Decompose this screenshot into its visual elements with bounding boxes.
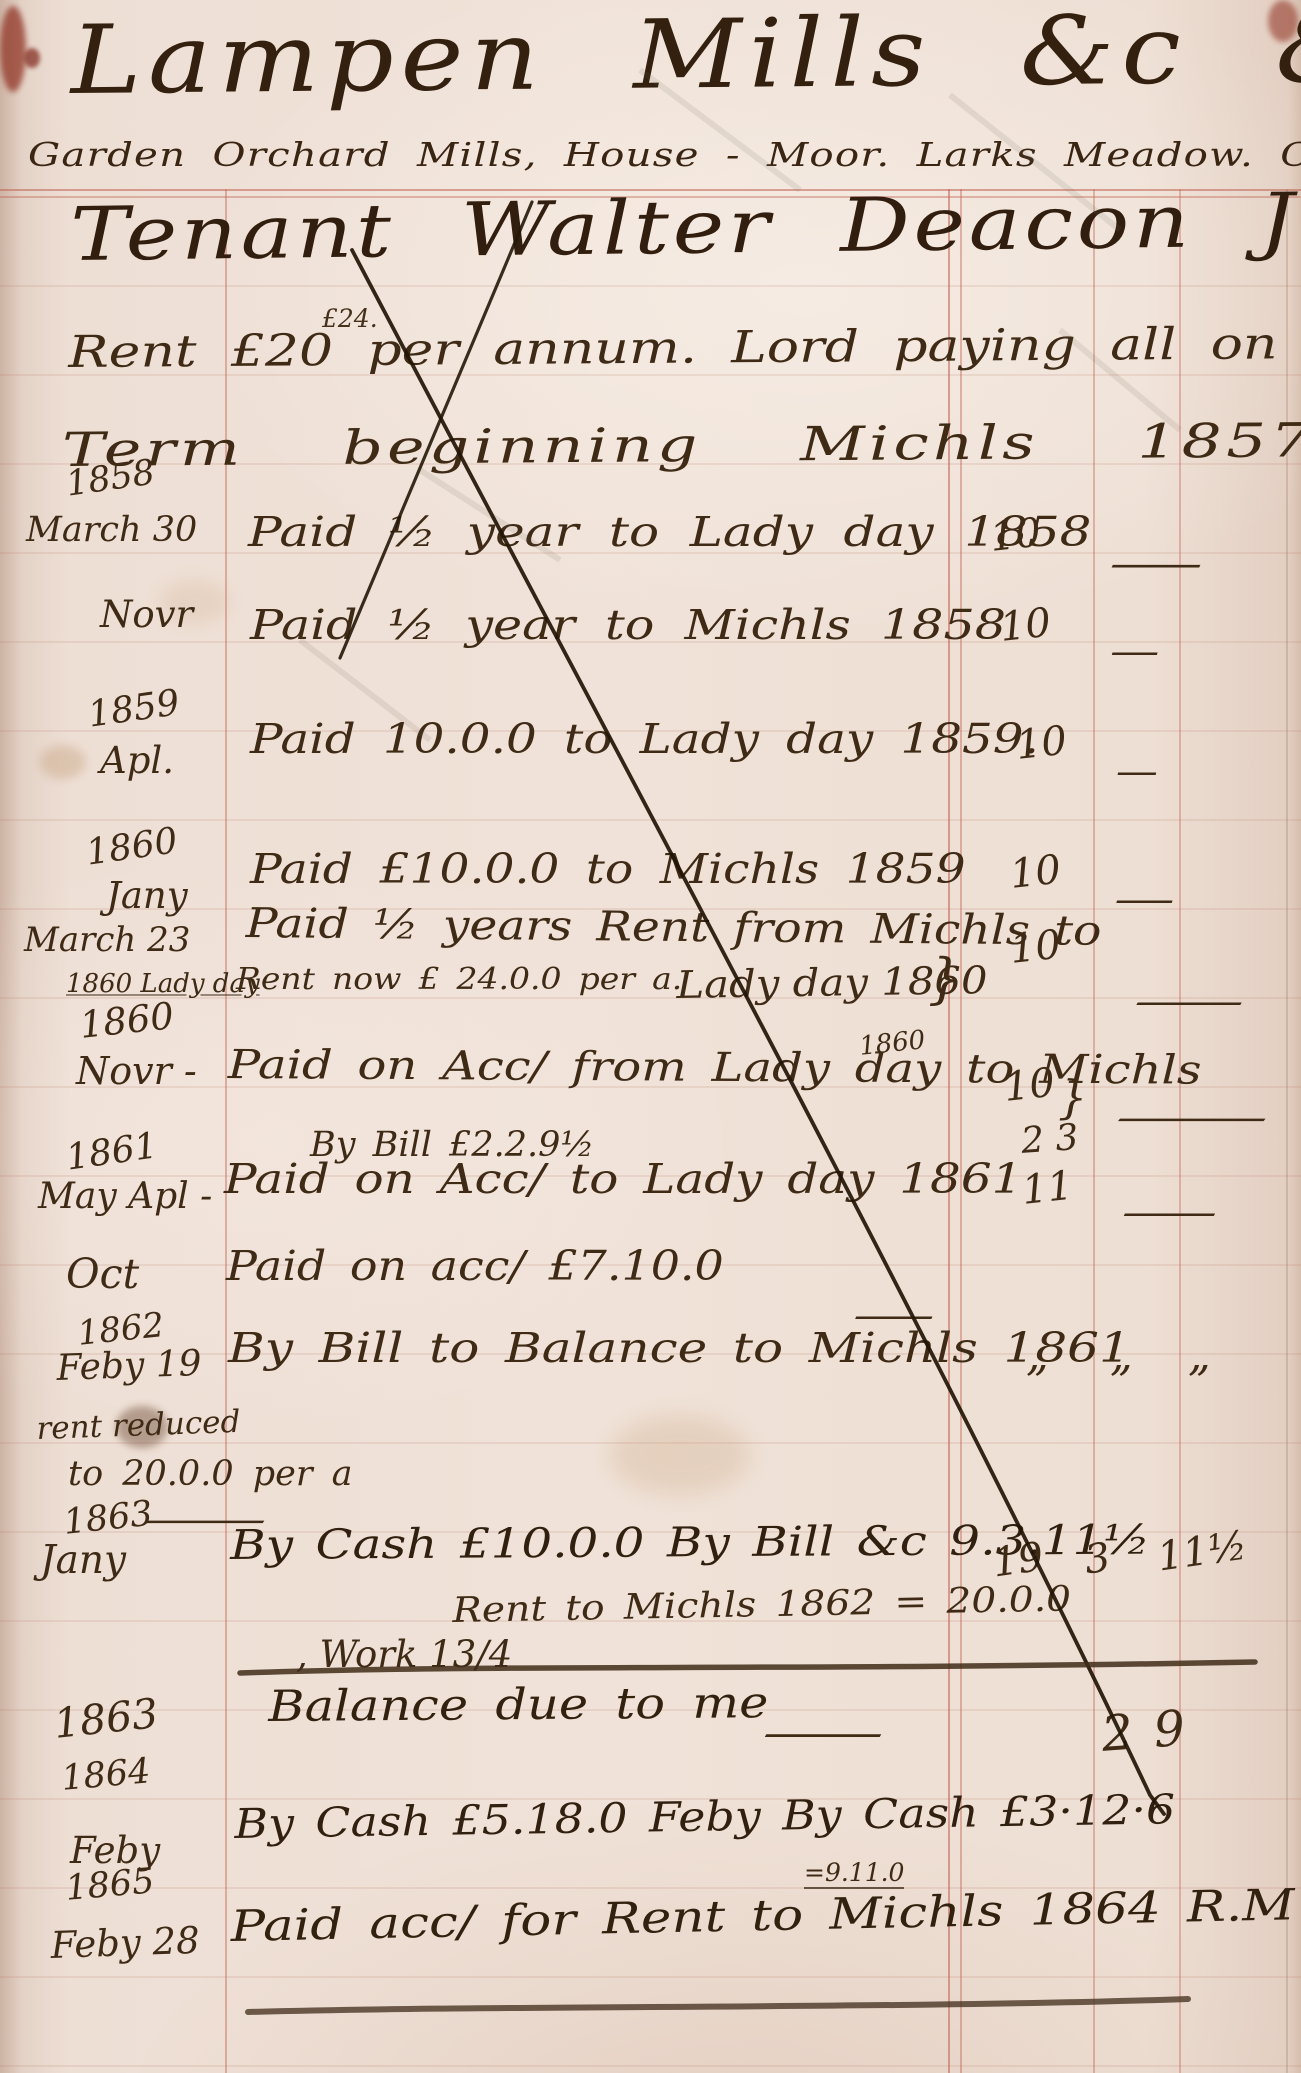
entry-date: Jany bbox=[40, 1541, 126, 1580]
note-year: 1860 bbox=[78, 997, 176, 1044]
paper-stain-1 bbox=[610, 1415, 750, 1495]
note-date: 1860 Lady day bbox=[66, 971, 260, 997]
entry-date: Feby 19 bbox=[56, 1346, 202, 1387]
entry-year: 1863 bbox=[52, 1693, 160, 1745]
entry-text: Paid on acc/ £7.10.0 bbox=[226, 1246, 724, 1287]
entry-year: 1858 bbox=[64, 456, 157, 503]
paper-stain-2 bbox=[40, 745, 86, 779]
entry-text: Paid on Acc/ from Lady day to Michls bbox=[228, 1045, 1202, 1091]
entry-date: March 30 bbox=[26, 513, 197, 548]
entry-amount-shillings: 2 bbox=[1100, 1708, 1135, 1759]
term-line: Term beginning Michls 1857 — bbox=[62, 416, 1301, 474]
entry-amount-pence: 11½ bbox=[1155, 1526, 1249, 1578]
ditto-mark-shillings: „ bbox=[1110, 1334, 1133, 1378]
entry-subtext-2: , Work 13/4 bbox=[296, 1636, 512, 1673]
entry-amount-pounds-2: 2 3 bbox=[1020, 1120, 1080, 1160]
entry-brace: } bbox=[1058, 1074, 1087, 1120]
entry-date: Oct bbox=[66, 1254, 139, 1295]
entry-dash: — bbox=[1108, 544, 1204, 584]
ditto-mark-pounds: „ bbox=[1026, 1334, 1049, 1378]
entry-text: By Cash £5.18.0 Feby By Cash £3·12·6 bbox=[234, 1789, 1176, 1845]
entry-dash: — bbox=[760, 1712, 886, 1754]
entry-text: Paid on Acc/ to Lady day 1861 bbox=[224, 1159, 1022, 1200]
ledger-page: Lampen Mills &c &c Garden Orchard Mills,… bbox=[0, 0, 1301, 2073]
ditto-mark-pence: „ bbox=[1188, 1334, 1211, 1378]
entry-year: 1859 bbox=[86, 685, 182, 733]
ledger-subtitle: Garden Orchard Mills, House - Moor. Lark… bbox=[28, 138, 1301, 171]
red-stain-top-left bbox=[0, 6, 26, 92]
entry-text: Paid ½ years Rent from Michls to bbox=[246, 903, 1102, 952]
entry-subtext: Rent to Michls 1862 = 20.0.0 bbox=[452, 1582, 1071, 1629]
rent-line: Rent £20 per annum. Lord paying all on t… bbox=[68, 321, 1301, 375]
entry-amount-pounds: 10 bbox=[1008, 925, 1063, 970]
entry-dash: — bbox=[1132, 982, 1246, 1020]
entry-dash: — bbox=[1114, 880, 1175, 918]
entry-amount-pounds: 10 bbox=[1008, 850, 1063, 895]
entry-year: 1864 bbox=[60, 1754, 152, 1797]
entry-date: March 23 bbox=[24, 923, 190, 957]
entry-date: Novr bbox=[100, 596, 193, 633]
entry-date: Apl. bbox=[100, 742, 174, 779]
entry-date: May Apl - bbox=[38, 1179, 212, 1215]
entry-text: By Bill to Balance to Michls 1861 bbox=[228, 1328, 1131, 1369]
tenant-line: Tenant Walter Deacon Jr. bbox=[70, 183, 1301, 272]
entry-text: Paid acc/ for Rent to Michls 1864 R.M bbox=[230, 1884, 1295, 1949]
entry-amount-pounds: 10 bbox=[1014, 721, 1069, 766]
entry-amount-pounds: 10 bbox=[1002, 1063, 1057, 1108]
rent-reduced-note: rent reduced bbox=[36, 1407, 241, 1445]
entry-amount-pounds: 10 bbox=[988, 513, 1043, 558]
ink-rule-bottom bbox=[248, 1999, 1188, 2012]
rent-raise-note: Rent now £ 24.0.0 per a. bbox=[236, 965, 682, 995]
entry-year: 1861 bbox=[64, 1128, 160, 1176]
entry-amount-shillings: 3 bbox=[1082, 1537, 1113, 1580]
ledger-title: Lampen Mills &c &c bbox=[70, 1, 1301, 109]
entry-dash: — bbox=[1110, 632, 1159, 670]
entry-text: Paid ½ year to Lady day 1858 bbox=[248, 512, 1091, 553]
entry-text: Paid 10.0.0 to Lady day 1859. bbox=[250, 719, 1039, 760]
entry-amount-pence: 9 bbox=[1152, 1704, 1187, 1755]
entry-year: 1865 bbox=[64, 1864, 156, 1907]
rent-reduced-note-2: to 20.0.0 per a bbox=[68, 1457, 353, 1492]
entry-brace: } bbox=[928, 952, 962, 1006]
red-stain-dot bbox=[24, 48, 40, 68]
entry-date: Novr - bbox=[76, 1052, 197, 1090]
entry-dash: — bbox=[1112, 1098, 1272, 1136]
entry-date: Feby 28 bbox=[50, 1922, 200, 1964]
entry-total-note: =9.11.0 bbox=[804, 1860, 904, 1889]
entry-amount-pounds: 10 bbox=[998, 603, 1053, 648]
entry-year: 1860 bbox=[84, 823, 180, 871]
entry-text: Paid ½ year to Michls 1858 bbox=[250, 605, 1006, 646]
entry-dash: — bbox=[1120, 1193, 1219, 1231]
entry-dash: — bbox=[1116, 752, 1158, 790]
entry-date: Jany bbox=[106, 877, 188, 914]
page-edge-line bbox=[1286, 189, 1288, 2073]
entry-amount-pounds: 19 bbox=[990, 1537, 1046, 1584]
entry-amount-pounds: 11 bbox=[1020, 1166, 1075, 1211]
entry-text: Paid £10.0.0 to Michls 1859 bbox=[250, 849, 966, 890]
entry-text: Balance due to me bbox=[268, 1682, 769, 1729]
